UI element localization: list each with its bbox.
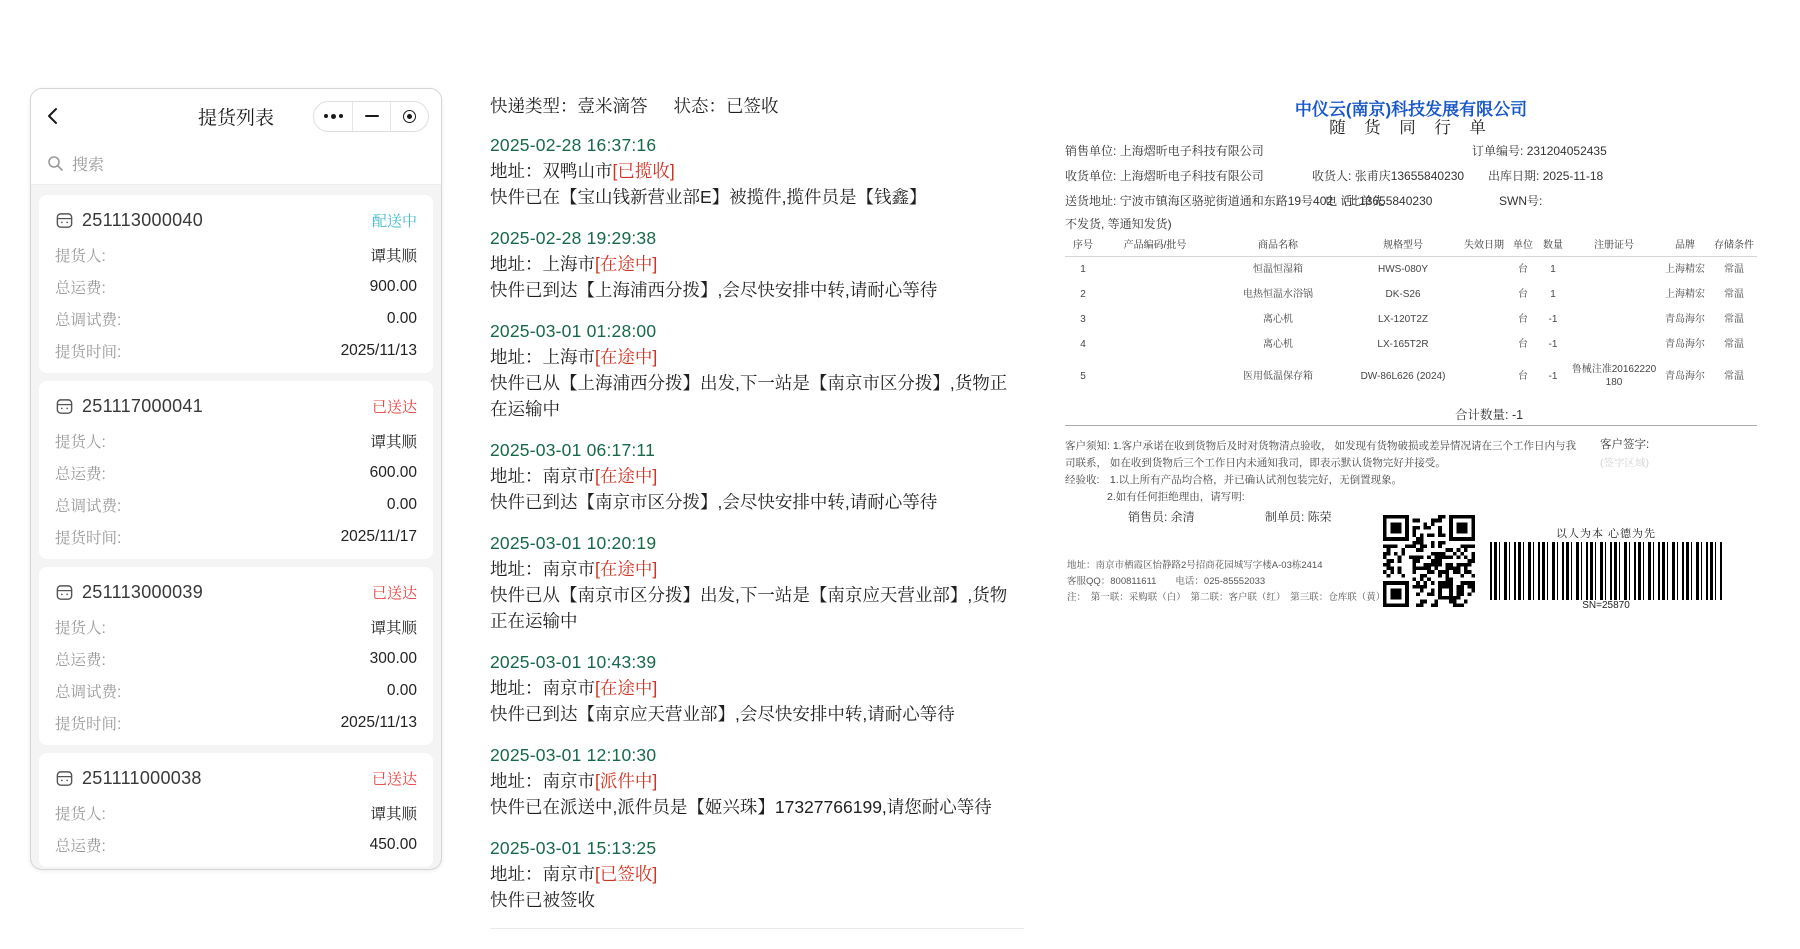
qr-code xyxy=(1383,515,1475,607)
order-number: 251117000041 xyxy=(82,396,364,417)
order-box-icon xyxy=(55,397,74,416)
barcode-sn: SN=25870 xyxy=(1490,600,1722,611)
debug-fee-value: 0.00 xyxy=(387,496,417,514)
freight-label: 总运费: xyxy=(55,276,106,298)
table-row: 2电热恒温水浴锅DK-S26台1上海精宏常温 xyxy=(1065,282,1757,307)
picker-label: 提货人: xyxy=(55,802,106,824)
phone-line: 电 话: 13655840230 xyxy=(1325,192,1432,209)
event-status-tag: [在途中] xyxy=(595,466,657,486)
picker-value: 谭其顺 xyxy=(370,430,417,452)
footer-contact: 客服QQ：800811611 电话：025-85552033 xyxy=(1067,574,1385,590)
event-status-tag: [在途中] xyxy=(595,347,657,367)
notice-line: 客户须知: 1.客户承诺在收到货物后及时对货物清点验收， 如发现有货物破损或差异… xyxy=(1065,438,1585,455)
tracking-event: 2025-03-01 15:13:25 地址：南京市[已签收] 快件已被签收 xyxy=(490,835,1024,913)
courier-type-value: 壹米滴答 xyxy=(578,96,648,116)
event-description: 快件已到达【南京市区分拨】,会尽快安排中转,请耐心等待 xyxy=(490,489,1024,515)
capsule-buttons xyxy=(313,101,429,132)
tracking-event: 2025-03-01 10:43:39 地址：南京市[在途中] 快件已到达【南京… xyxy=(490,649,1024,727)
pickup-time-value: 2025/11/17 xyxy=(341,528,417,546)
search-bar[interactable]: 搜索 xyxy=(31,143,441,185)
close-target-button[interactable] xyxy=(390,102,428,131)
slogan-text: 以人为本 心德为先 xyxy=(1490,525,1722,541)
notice-line: 2.如有任何拒绝理由，请写明: xyxy=(1065,489,1585,506)
debug-fee-value: 0.00 xyxy=(387,682,417,700)
freight-value: 900.00 xyxy=(370,278,417,296)
event-description: 快件已被签收 xyxy=(490,887,1024,913)
debug-fee-label: 总调试费: xyxy=(55,680,121,702)
table-row: 5医用低温保存箱DW-86L626 (2024)台-1鲁械注准201622201… xyxy=(1065,357,1757,395)
event-description: 快件已在【宝山钱新营业部E】被揽件,揽件员是【钱鑫】 xyxy=(490,184,1024,210)
event-address: 地址：南京市 xyxy=(490,864,595,884)
event-address: 地址：南京市 xyxy=(490,466,595,486)
event-time: 2025-03-01 10:43:39 xyxy=(490,649,1024,675)
tracking-event: 2025-02-28 19:29:38 地址：上海市[在途中] 快件已到达【上海… xyxy=(490,225,1024,303)
event-description: 快件已在派送中,派件员是【姬兴珠】17327766199,请您耐心等待 xyxy=(490,794,1024,820)
event-address: 地址：双鸭山市 xyxy=(490,161,613,181)
swn-line: SWN号: xyxy=(1499,192,1542,209)
tracking-header: 快递类型：壹米滴答状态：已签收 xyxy=(490,93,1024,118)
pickup-list-window: 提货列表 搜索 xyxy=(30,88,442,870)
minimize-icon xyxy=(365,115,379,118)
order-card[interactable]: 251117000041 已送达 提货人:谭其顺 总运费:600.00 总调试费… xyxy=(39,381,433,559)
debug-fee-label: 总调试费: xyxy=(55,308,121,330)
courier-type-label: 快递类型： xyxy=(490,96,578,116)
tracking-status-value: 已签收 xyxy=(726,96,779,116)
salesperson: 销售员: 余清 xyxy=(1128,508,1195,525)
freight-label: 总运费: xyxy=(55,648,106,670)
event-status-tag: [在途中] xyxy=(595,678,657,698)
status-badge: 配送中 xyxy=(372,210,417,231)
notice-line: 司联系， 如在收到货物后三个工作日内未通知我司，即表示默认货物完好并接受。 xyxy=(1065,455,1585,472)
document-title: 随 货 同 行 单 xyxy=(1065,114,1757,138)
footer-address: 地址：南京市栖霞区怡静路2号招商花园城写字楼A-03栋2414 xyxy=(1067,558,1385,574)
tracking-status-label: 状态： xyxy=(674,96,727,116)
order-box-icon xyxy=(55,211,74,230)
event-status-tag: [派件中] xyxy=(595,771,657,791)
total-quantity: 合计数量: -1 xyxy=(1455,405,1523,423)
event-address: 地址：南京市 xyxy=(490,771,595,791)
picker-value: 谭其顺 xyxy=(370,802,417,824)
table-header-row: 序号产品编码/批号商品名称规格型号失效日期单位数量注册证号品牌存储条件 xyxy=(1065,233,1757,257)
picker-value: 谭其顺 xyxy=(370,616,417,638)
freight-value: 450.00 xyxy=(370,836,417,854)
event-time: 2025-03-01 12:10:30 xyxy=(490,742,1024,768)
picker-label: 提货人: xyxy=(55,244,106,266)
sign-area-placeholder: (签字区域) xyxy=(1600,455,1649,470)
tracking-divider xyxy=(490,928,1024,929)
barcode xyxy=(1490,542,1722,600)
freight-label: 总运费: xyxy=(55,834,106,856)
seller-line: 销售单位: 上海熠昕电子科技有限公司 xyxy=(1065,142,1264,159)
delivery-note-document: 中仪云(南京)科技发展有限公司 随 货 同 行 单 销售单位: 上海熠昕电子科技… xyxy=(1065,95,1757,640)
tracking-event: 2025-03-01 12:10:30 地址：南京市[派件中] 快件已在派送中,… xyxy=(490,742,1024,820)
event-time: 2025-03-01 01:28:00 xyxy=(490,318,1024,344)
more-button[interactable] xyxy=(314,102,352,131)
status-badge: 已送达 xyxy=(372,396,417,417)
document-footer: 地址：南京市栖霞区怡静路2号招商花园城写字楼A-03栋2414 客服QQ：800… xyxy=(1067,558,1385,606)
receiver-unit-line: 收货单位: 上海熠昕电子科技有限公司 xyxy=(1065,167,1264,184)
tracking-event: 2025-03-01 06:17:11 地址：南京市[在途中] 快件已到达【南京… xyxy=(490,437,1024,515)
order-number: 251111000038 xyxy=(82,768,364,789)
tracking-event: 2025-03-01 01:28:00 地址：上海市[在途中] 快件已从【上海浦… xyxy=(490,318,1024,422)
pickup-time-value: 2025/11/13 xyxy=(341,714,417,732)
order-number: 251113000039 xyxy=(82,582,364,603)
table-row: 4离心机LX-165T2R台-1青岛海尔常温 xyxy=(1065,332,1757,357)
picker-label: 提货人: xyxy=(55,616,106,638)
debug-fee-label: 总调试费: xyxy=(55,494,121,516)
order-card[interactable]: 251113000040 配送中 提货人:谭其顺 总运费:900.00 总调试费… xyxy=(39,195,433,373)
search-placeholder: 搜索 xyxy=(72,152,104,175)
event-time: 2025-03-01 06:17:11 xyxy=(490,437,1024,463)
freight-label: 总运费: xyxy=(55,462,106,484)
back-button[interactable] xyxy=(43,99,77,133)
address-line-2: 不发货, 等通知发货) xyxy=(1065,215,1172,232)
minimize-button[interactable] xyxy=(352,102,390,131)
customer-notice: 客户须知: 1.客户承诺在收到货物后及时对货物清点验收， 如发现有货物破损或差异… xyxy=(1065,438,1585,506)
order-number: 251113000040 xyxy=(82,210,364,231)
event-status-tag: [已揽收] xyxy=(613,161,675,181)
consignee-line: 收货人: 张甫庆13655840230 xyxy=(1312,167,1464,184)
event-time: 2025-03-01 10:20:19 xyxy=(490,530,1024,556)
document-divider xyxy=(1065,425,1757,426)
event-description: 快件已从【上海浦西分拨】出发,下一站是【南京市区分拨】,货物正在运输中 xyxy=(490,370,1024,422)
screenshot-canvas: 提货列表 搜索 xyxy=(0,0,1800,949)
event-description: 快件已到达【上海浦西分拨】,会尽快安排中转,请耐心等待 xyxy=(490,277,1024,303)
notice-line: 经验收: 1.以上所有产品均合格，并已确认试剂包装完好，无倒置现象。 xyxy=(1065,472,1585,489)
ship-date-line: 出库日期: 2025-11-18 xyxy=(1488,167,1603,184)
status-badge: 已送达 xyxy=(372,768,417,789)
event-address: 地址：上海市 xyxy=(490,347,595,367)
order-card[interactable]: 251113000039 已送达 提货人:谭其顺 总运费:300.00 总调试费… xyxy=(39,567,433,745)
order-list: 251113000040 配送中 提货人:谭其顺 总运费:900.00 总调试费… xyxy=(31,185,441,870)
target-icon xyxy=(403,110,416,123)
picker-label: 提货人: xyxy=(55,430,106,452)
event-address: 地址：南京市 xyxy=(490,678,595,698)
status-badge: 已送达 xyxy=(372,582,417,603)
pickup-time-value: 2025/11/13 xyxy=(341,342,417,360)
order-box-icon xyxy=(55,583,74,602)
table-row: 1恒温恒湿箱HWS-080Y台1上海精宏常温 xyxy=(1065,257,1757,283)
event-status-tag: [在途中] xyxy=(595,559,657,579)
event-time: 2025-02-28 16:37:16 xyxy=(490,132,1024,158)
document-maker: 制单员: 陈荣 xyxy=(1265,508,1332,525)
tracking-event: 2025-03-01 10:20:19 地址：南京市[在途中] 快件已从【南京市… xyxy=(490,530,1024,634)
order-no-line: 订单编号: 231204052435 xyxy=(1472,142,1607,159)
event-time: 2025-03-01 15:13:25 xyxy=(490,835,1024,861)
pickup-time-label: 提货时间: xyxy=(55,340,121,362)
back-chevron-icon xyxy=(43,106,63,126)
event-status-tag: [已签收] xyxy=(595,864,657,884)
pickup-time-label: 提货时间: xyxy=(55,712,121,734)
order-card[interactable]: 251111000038 已送达 提货人:谭其顺 总运费:450.00 xyxy=(39,753,433,867)
more-dots-icon xyxy=(324,114,343,119)
pickup-time-label: 提货时间: xyxy=(55,526,121,548)
product-table: 序号产品编码/批号商品名称规格型号失效日期单位数量注册证号品牌存储条件 1恒温恒… xyxy=(1065,233,1757,395)
tracking-event: 2025-02-28 16:37:16 地址：双鸭山市[已揽收] 快件已在【宝山… xyxy=(490,132,1024,210)
tracking-panel: 快递类型：壹米滴答状态：已签收 2025-02-28 16:37:16 地址：双… xyxy=(490,93,1024,929)
event-address: 地址：上海市 xyxy=(490,254,595,274)
search-icon xyxy=(47,155,64,172)
event-description: 快件已从【南京市区分拨】出发,下一站是【南京应天营业部】,货物正在运输中 xyxy=(490,582,1024,634)
event-status-tag: [在途中] xyxy=(595,254,657,274)
table-row: 3离心机LX-120T2Z台-1青岛海尔常温 xyxy=(1065,307,1757,332)
footer-copies-note: 注： 第一联：采购联（白） 第二联：客户联（红） 第三联：仓库联（黄） xyxy=(1067,590,1385,606)
debug-fee-value: 0.00 xyxy=(387,310,417,328)
order-box-icon xyxy=(55,769,74,788)
customer-sign-label: 客户签字: xyxy=(1600,436,1649,452)
event-address: 地址：南京市 xyxy=(490,559,595,579)
mini-program-header: 提货列表 xyxy=(31,89,441,143)
freight-value: 600.00 xyxy=(370,464,417,482)
freight-value: 300.00 xyxy=(370,650,417,668)
event-description: 快件已到达【南京应天营业部】,会尽快安排中转,请耐心等待 xyxy=(490,701,1024,727)
picker-value: 谭其顺 xyxy=(370,244,417,266)
event-time: 2025-02-28 19:29:38 xyxy=(490,225,1024,251)
